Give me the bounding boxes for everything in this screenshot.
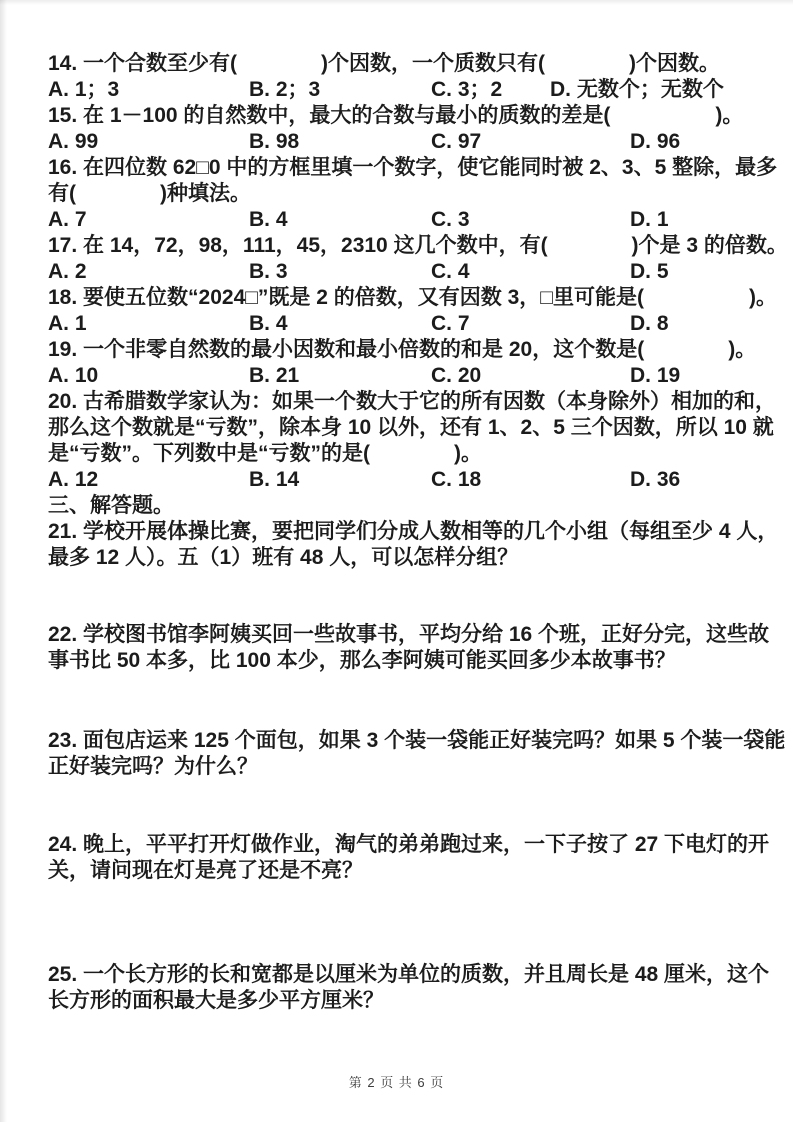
option-d: D. 5 [630, 259, 745, 285]
option-b: B. 3 [249, 259, 431, 285]
question-line: 21. 学校开展体操比赛，要把同学们分成人数相等的几个小组（每组至少 4 人， [48, 519, 745, 545]
options-row: A. 2 B. 3 C. 4 D. 5 [48, 259, 745, 285]
answer-question: 21. 学校开展体操比赛，要把同学们分成人数相等的几个小组（每组至少 4 人， … [48, 519, 745, 571]
option-a: A. 1 [48, 311, 249, 337]
options-row: A. 12 B. 14 C. 18 D. 36 [48, 467, 745, 493]
question-line: 25. 一个长方形的长和宽都是以厘米为单位的质数，并且周长是 48 厘米，这个 [48, 962, 745, 988]
option-a: A. 12 [48, 467, 249, 493]
worksheet-page: 14. 一个合数至少有( )个因数，一个质数只有( )个因数。 A. 1；3 B… [0, 0, 793, 1122]
question-line: 有( )种填法。 [48, 181, 745, 207]
option-c: C. 7 [431, 311, 630, 337]
option-b: B. 21 [249, 363, 431, 389]
question-line: 18. 要使五位数“2024□”既是 2 的倍数，又有因数 3，□里可能是( )… [48, 285, 745, 311]
question-line: 关，请问现在灯是亮了还是不亮？ [48, 858, 745, 884]
option-a: A. 2 [48, 259, 249, 285]
question-line: 24. 晚上，平平打开灯做作业，淘气的弟弟跑过来，一下子按了 27 下电灯的开 [48, 832, 745, 858]
option-a: A. 7 [48, 207, 249, 233]
option-c: C. 3；2 [431, 77, 550, 103]
options-row: A. 1；3 B. 2；3 C. 3；2 D. 无数个；无数个 [48, 77, 745, 103]
options-row: A. 1 B. 4 C. 7 D. 8 [48, 311, 745, 337]
answer-question: 24. 晚上，平平打开灯做作业，淘气的弟弟跑过来，一下子按了 27 下电灯的开 … [48, 832, 745, 884]
option-a: A. 10 [48, 363, 249, 389]
question-line: 是“亏数”。下列数中是“亏数”的是( )。 [48, 441, 745, 467]
question-line: 23. 面包店运来 125 个面包，如果 3 个装一袋能正好装完吗？如果 5 个… [48, 728, 745, 754]
option-d: D. 36 [630, 467, 745, 493]
option-c: C. 3 [431, 207, 630, 233]
question-line: 22. 学校图书馆李阿姨买回一些故事书，平均分给 16 个班，正好分完，这些故 [48, 622, 745, 648]
section-title: 三、解答题。 [48, 493, 745, 519]
option-b: B. 2；3 [249, 77, 431, 103]
options-row: A. 10 B. 21 C. 20 D. 19 [48, 363, 745, 389]
option-d: D. 无数个；无数个 [550, 77, 745, 103]
question-line: 最多 12 人）。五（1）班有 48 人，可以怎样分组？ [48, 545, 745, 571]
options-row: A. 7 B. 4 C. 3 D. 1 [48, 207, 745, 233]
question-line: 14. 一个合数至少有( )个因数，一个质数只有( )个因数。 [48, 51, 745, 77]
options-row: A. 99 B. 98 C. 97 D. 96 [48, 129, 745, 155]
answer-question: 22. 学校图书馆李阿姨买回一些故事书，平均分给 16 个班，正好分完，这些故 … [48, 622, 745, 674]
question-line: 20. 古希腊数学家认为：如果一个数大于它的所有因数（本身除外）相加的和， [48, 389, 745, 415]
question-line: 17. 在 14，72，98，111，45，2310 这几个数中，有( )个是 … [48, 233, 745, 259]
question-line: 事书比 50 本多，比 100 本少，那么李阿姨可能买回多少本故事书？ [48, 648, 745, 674]
option-d: D. 1 [630, 207, 745, 233]
answer-question: 25. 一个长方形的长和宽都是以厘米为单位的质数，并且周长是 48 厘米，这个 … [48, 962, 745, 1014]
option-b: B. 4 [249, 207, 431, 233]
answer-question: 23. 面包店运来 125 个面包，如果 3 个装一袋能正好装完吗？如果 5 个… [48, 728, 745, 780]
option-b: B. 14 [249, 467, 431, 493]
option-d: D. 96 [630, 129, 745, 155]
question-line: 16. 在四位数 62□0 中的方框里填一个数字，使它能同时被 2、3、5 整除… [48, 155, 745, 181]
option-c: C. 20 [431, 363, 630, 389]
option-b: B. 4 [249, 311, 431, 337]
question-line: 19. 一个非零自然数的最小因数和最小倍数的和是 20，这个数是( )。 [48, 337, 745, 363]
question-line: 正好装完吗？为什么？ [48, 754, 745, 780]
option-b: B. 98 [249, 129, 431, 155]
question-line: 那么这个数就是“亏数”，除本身 10 以外，还有 1、2、5 三个因数，所以 1… [48, 415, 745, 441]
option-c: C. 97 [431, 129, 630, 155]
question-line: 15. 在 1－100 的自然数中，最大的合数与最小的质数的差是( )。 [48, 103, 745, 129]
option-a: A. 99 [48, 129, 249, 155]
option-a: A. 1；3 [48, 77, 249, 103]
option-d: D. 19 [630, 363, 745, 389]
footer-page-number: 第 2 页 共 6 页 [0, 1072, 793, 1091]
option-c: C. 4 [431, 259, 630, 285]
option-c: C. 18 [431, 467, 630, 493]
option-d: D. 8 [630, 311, 745, 337]
question-line: 长方形的面积最大是多少平方厘米？ [48, 988, 745, 1014]
worksheet-content: 14. 一个合数至少有( )个因数，一个质数只有( )个因数。 A. 1；3 B… [0, 0, 793, 1014]
